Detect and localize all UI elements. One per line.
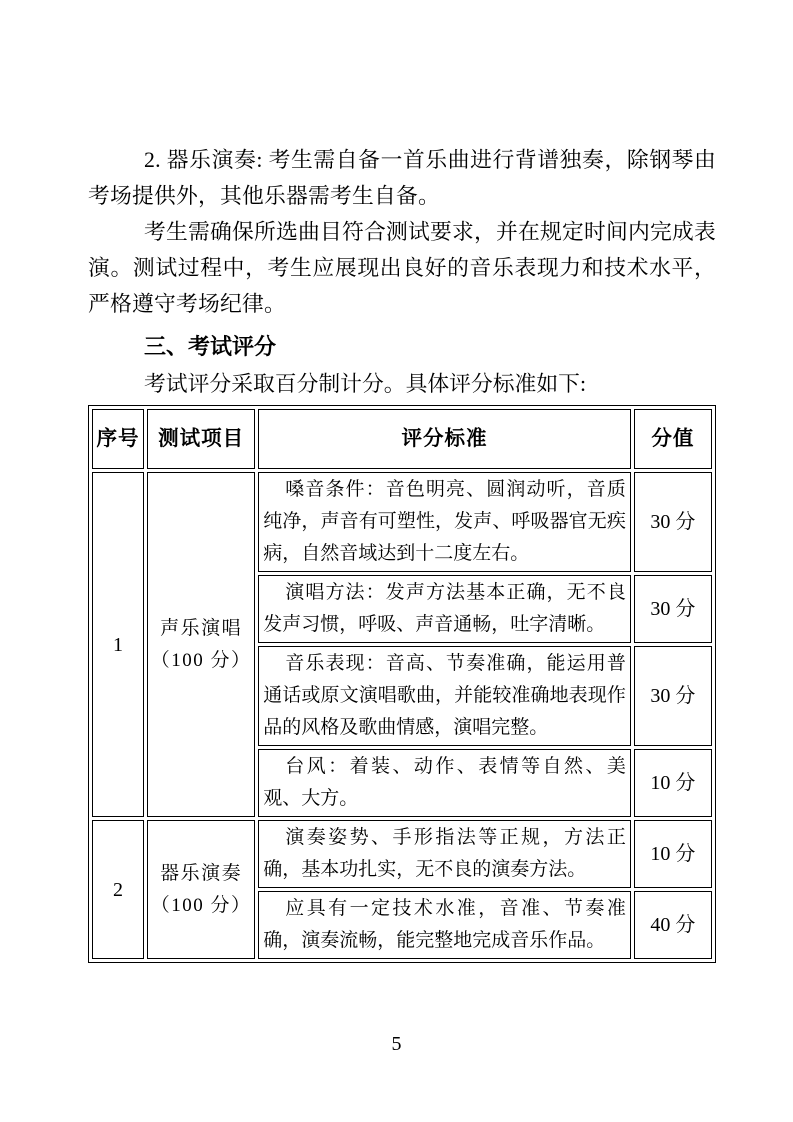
project-total-score: （100 分） bbox=[148, 890, 254, 922]
criteria-cell-voice-condition: 嗓音条件：音色明亮、圆润动听，音质纯净，声音有可塑性，发声、呼吸器官无疾病，自然… bbox=[258, 472, 631, 572]
header-cell-criteria: 评分标准 bbox=[258, 409, 631, 469]
criteria-cell-technical-level: 应具有一定技术水准，音准、节奏准确，演奏流畅，能完整地完成音乐作品。 bbox=[258, 891, 631, 959]
header-cell-score: 分值 bbox=[634, 409, 712, 469]
document-page: 2. 器乐演奏: 考生需自备一首乐曲进行背谱独奏，除钢琴由考场提供外，其他乐器需… bbox=[0, 0, 793, 1122]
table-row: 2 器乐演奏 （100 分） 演奏姿势、手形指法等正规，方法正确，基本功扎实，无… bbox=[92, 820, 712, 888]
header-cell-index: 序号 bbox=[92, 409, 144, 469]
index-cell-instrument: 2 bbox=[92, 820, 144, 959]
score-cell: 30 分 bbox=[634, 575, 712, 643]
criteria-cell-playing-posture: 演奏姿势、手形指法等正规，方法正确，基本功扎实，无不良的演奏方法。 bbox=[258, 820, 631, 888]
paragraph-instrument-performance: 2. 器乐演奏: 考生需自备一首乐曲进行背谱独奏，除钢琴由考场提供外，其他乐器需… bbox=[88, 142, 716, 214]
table-row: 1 声乐演唱 （100 分） 嗓音条件：音色明亮、圆润动听，音质纯净，声音有可塑… bbox=[92, 472, 712, 572]
scoring-intro-text: 考试评分采取百分制计分。具体评分标准如下: bbox=[88, 366, 716, 402]
page-number: 5 bbox=[0, 1033, 793, 1056]
score-cell: 30 分 bbox=[634, 472, 712, 572]
criteria-cell-stage-presence: 台风：着装、动作、表情等自然、美观、大方。 bbox=[258, 749, 631, 817]
criteria-cell-musical-expression: 音乐表现：音高、节奏准确，能运用普通话或原文演唱歌曲，并能较准确地表现作品的风格… bbox=[258, 646, 631, 746]
project-cell-vocal: 声乐演唱 （100 分） bbox=[147, 472, 255, 817]
criteria-cell-singing-method: 演唱方法：发声方法基本正确，无不良发声习惯，呼吸、声音通畅，吐字清晰。 bbox=[258, 575, 631, 643]
project-name: 器乐演奏 bbox=[148, 858, 254, 890]
scoring-criteria-table: 序号 测试项目 评分标准 分值 1 声乐演唱 （100 分） 嗓音条件：音色明亮… bbox=[88, 405, 716, 963]
score-cell: 30 分 bbox=[634, 646, 712, 746]
section-heading-exam-scoring: 三、考试评分 bbox=[88, 328, 716, 366]
project-cell-instrument: 器乐演奏 （100 分） bbox=[147, 820, 255, 959]
paragraph-exam-requirements: 考生需确保所选曲目符合测试要求，并在规定时间内完成表演。测试过程中，考生应展现出… bbox=[88, 214, 716, 322]
page-content: 2. 器乐演奏: 考生需自备一首乐曲进行背谱独奏，除钢琴由考场提供外，其他乐器需… bbox=[88, 142, 716, 963]
header-cell-project: 测试项目 bbox=[147, 409, 255, 469]
score-cell: 40 分 bbox=[634, 891, 712, 959]
project-name: 声乐演唱 bbox=[148, 613, 254, 645]
score-cell: 10 分 bbox=[634, 749, 712, 817]
table-header-row: 序号 测试项目 评分标准 分值 bbox=[92, 409, 712, 469]
index-cell-vocal: 1 bbox=[92, 472, 144, 817]
project-total-score: （100 分） bbox=[148, 645, 254, 677]
score-cell: 10 分 bbox=[634, 820, 712, 888]
